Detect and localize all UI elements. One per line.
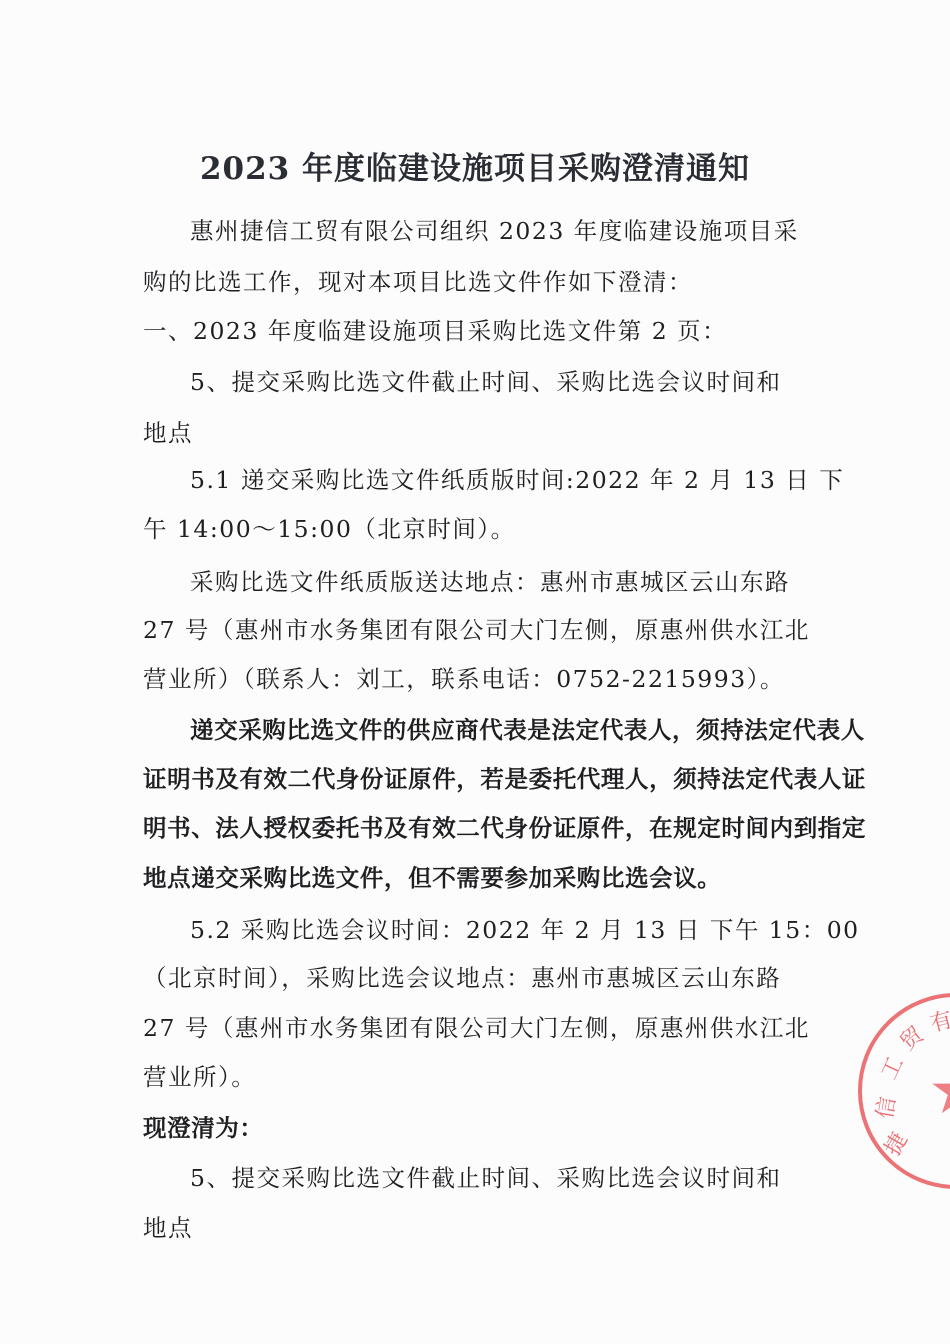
delivery-address-line-1: 采购比选文件纸质版送达地点：惠州市惠城区云山东路 — [190, 567, 790, 597]
clarified-item-5-line-1: 5、提交采购比选文件截止时间、采购比选会议时间和 — [190, 1163, 781, 1193]
item-5-2-line-1: 5.2 采购比选会议时间：2022 年 2 月 13 日 下午 15：00 — [190, 915, 860, 945]
delivery-address-line-3: 营业所）（联系人：刘工，联系电话：0752-2215993）。 — [143, 664, 785, 694]
clarified-heading: 现澄清为： — [143, 1113, 264, 1143]
item-5-2-line-3: 27 号（惠州市水务集团有限公司大门左侧，原惠州供水江北 — [143, 1013, 810, 1043]
item-5-2-line-4: 营业所）。 — [143, 1062, 256, 1092]
item-5-2-line-2: （北京时间），采购比选会议地点：惠州市惠城区云山东路 — [143, 963, 781, 993]
intro-line-2: 购的比选工作，现对本项目比选文件作如下澄清： — [143, 267, 693, 297]
section-one-heading: 一、2023 年度临建设施项目采购比选文件第 2 页： — [143, 316, 727, 346]
requirement-line-4: 地点递交采购比选文件，但不需要参加采购比选会议。 — [143, 863, 721, 893]
document-page: 2023 年度临建设施项目采购澄清通知 惠州捷信工贸有限公司组织 2023 年度… — [0, 0, 950, 1344]
requirement-line-3: 明书、法人授权委托书及有效二代身份证原件，在规定时间内到指定 — [143, 813, 866, 843]
item-5-heading-line-1: 5、提交采购比选文件截止时间、采购比选会议时间和 — [190, 367, 781, 397]
delivery-address-line-2: 27 号（惠州市水务集团有限公司大门左侧，原惠州供水江北 — [143, 615, 810, 645]
clarified-item-5-line-2: 地点 — [143, 1213, 193, 1243]
requirement-line-1: 递交采购比选文件的供应商代表是法定代表人，须持法定代表人 — [190, 715, 865, 745]
requirement-line-2: 证明书及有效二代身份证原件，若是委托代理人，须持法定代表人证 — [143, 764, 866, 794]
item-5-1-line-2: 午 14:00～15:00（北京时间）。 — [143, 514, 516, 544]
intro-line-1: 惠州捷信工贸有限公司组织 2023 年度临建设施项目采 — [190, 216, 799, 246]
item-5-1-line-1: 5.1 递交采购比选文件纸质版时间:2022 年 2 月 13 日 下 — [190, 465, 844, 495]
seal-star-icon: ★ — [928, 1058, 950, 1124]
item-5-heading-line-2: 地点 — [143, 418, 193, 448]
document-title: 2023 年度临建设施项目采购澄清通知 — [0, 143, 950, 188]
